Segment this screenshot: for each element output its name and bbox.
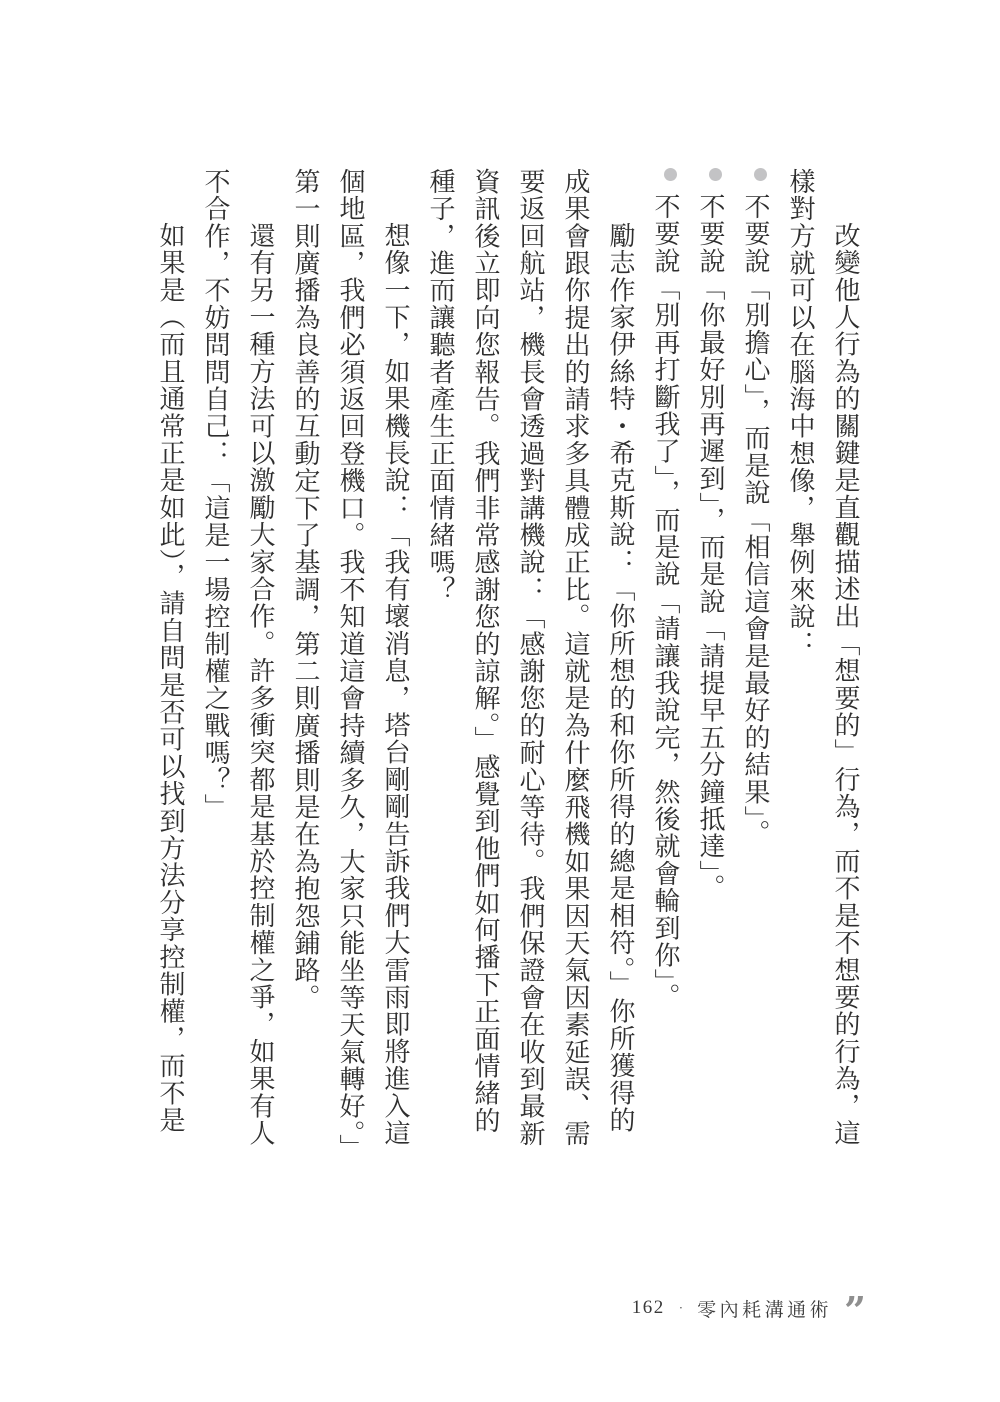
separator-dot: · — [679, 1300, 683, 1316]
paragraph-share-control: 如果是（而且通常正是如此），請自問是否可以找到方法分享控制權，而不是 — [148, 168, 193, 1153]
bullet-text: 不要說「別再打斷我了」，而是說「請讓我說完，然後就會輪到你」。 — [651, 193, 680, 1010]
bullet-item: 不要說「你最好別再遲到」，而是說「請提早五分鐘抵達」。 — [688, 168, 733, 1153]
bullet-dot-icon — [709, 168, 722, 181]
paragraph-control-conflict: 還有另一種方法可以激勵大家合作。許多衝突都是基於控制權之爭，如果有人不合作，不妨… — [193, 168, 283, 1153]
bullet-item: 不要說「別再打斷我了」，而是說「請讓我說完，然後就會輪到你」。 — [643, 168, 688, 1153]
book-page: 改變他人行為的關鍵是直觀描述出「想要的」行為，而不是不想要的行為，這樣對方就可以… — [0, 0, 1000, 1402]
bullet-text: 不要說「你最好別再遲到」，而是說「請提早五分鐘抵達」。 — [696, 193, 725, 901]
bullet-dot-icon — [664, 168, 677, 181]
paragraph-esther-hicks: 勵志作家伊絲特・希克斯說：「你所想的和你所得的總是相符。」你所獲得的成果會跟你提… — [418, 168, 643, 1153]
page-footer: 162 · 零內耗溝通術 ” — [632, 1292, 866, 1324]
closing-quote-icon: ” — [844, 1292, 866, 1330]
book-title: 零內耗溝通術 — [697, 1295, 832, 1322]
bullet-dot-icon — [754, 168, 767, 181]
bullet-text: 不要說「別擔心」，而是說「相信這會是最好的結果」。 — [741, 193, 770, 847]
paragraph-captain-imagine: 想像一下，如果機長說：「我有壞消息，塔台剛剛告訴我們大雷雨即將進入這個地區，我們… — [283, 168, 418, 1153]
bullet-item: 不要說「別擔心」，而是說「相信這會是最好的結果」。 — [733, 168, 778, 1153]
paragraph-intro: 改變他人行為的關鍵是直觀描述出「想要的」行為，而不是不想要的行為，這樣對方就可以… — [778, 168, 868, 1153]
vertical-body-text: 改變他人行為的關鍵是直觀描述出「想要的」行為，而不是不想要的行為，這樣對方就可以… — [148, 168, 868, 1153]
page-number: 162 — [632, 1297, 665, 1319]
